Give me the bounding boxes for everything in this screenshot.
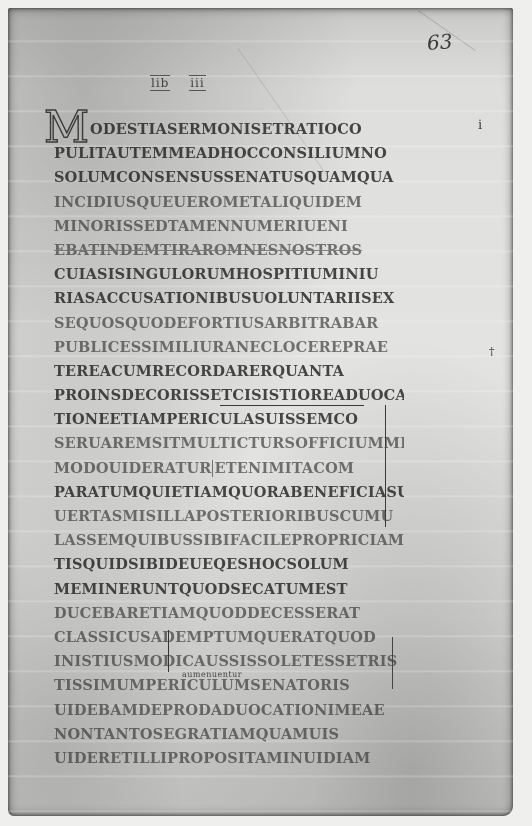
manuscript-scan: 63 lib iii M ODESTIASERMONISETRATIOCO PU… — [0, 0, 532, 826]
bracket-mark-top — [220, 405, 364, 406]
text-line: TIONEETIAMPERICULASUISSEMCO — [54, 410, 404, 434]
text-line: INCIDIUSQUEUEROMETALIQUIDEM — [54, 193, 404, 217]
margin-mark-dagger: † — [489, 345, 495, 358]
text-line: MEMINERUNTQUODSECATUMEST — [54, 580, 404, 604]
text-line: PULITAUTEMMEADHOCCONSILIUMNO — [54, 144, 404, 168]
folio-number: 63 — [426, 29, 453, 55]
text-line: RIASACCUSATIONIBUSUOLUNTARIISEX — [54, 289, 404, 313]
text-line: SEQUOSQUODEFORTIUSARBITRABAR — [54, 314, 404, 338]
bracket-mark-right — [385, 405, 386, 527]
text-segment: MODOUIDERATUR — [54, 460, 212, 477]
text-line-with-insertion: MODOUIDERATURETENIMITACOM — [54, 459, 404, 483]
running-head-number: iii — [189, 75, 206, 91]
inline-insertion: ETENIMITACOM — [212, 460, 355, 477]
text-line: NONTANTOSEGRATIAMQUAMUIS — [54, 725, 404, 749]
text-line: TISQUIDSIBIDEUEQESHOCSOLUM — [54, 555, 404, 579]
margin-mark-i: i — [478, 118, 482, 133]
text-line: UERTASMISILLAPOSTERIORIBUSCUMU — [54, 507, 404, 531]
running-head: lib iii — [150, 76, 220, 90]
text-line: CUIASISINGULORUMHOSPITIUMINIU — [54, 265, 404, 289]
text-line: UIDERETILLIPROPOSITAMINUIDIAM — [54, 749, 404, 773]
bracket-mark-bottom-right — [392, 637, 393, 689]
text-line: PUBLICESSIMILIURANECLOCEREPRAE — [54, 338, 404, 362]
marginal-note: aumenuentur — [182, 670, 242, 679]
text-line: DUCEBARETIAMQUODDECESSERAT — [54, 604, 404, 628]
text-line: ODESTIASERMONISETRATIOCO — [54, 120, 404, 144]
text-line: TISSIMUMPERICULUMSENATORIS — [54, 676, 404, 700]
text-line: MINORISSEDTAMENNUMERIUENI — [54, 217, 404, 241]
text-line: UIDEBAMDEPRODADUOCATIONIMEAE — [54, 701, 404, 725]
text-line: LASSEMQUIBUSSIBIFACILEPROPRICIAM — [54, 531, 404, 555]
text-line: PROINSDECORISSETCISISTIOREADUOCA — [54, 386, 404, 410]
text-line-struck: EBATINDEMTIRAROMNESNOSTROS — [54, 241, 404, 265]
running-head-book: lib — [150, 75, 170, 91]
text-line: CLASSICUSADEMPTUMQUERATQUOD — [54, 628, 404, 652]
text-line: SERUAREMSITMULTICTURSOFFICIUMMERITU — [54, 434, 404, 458]
text-line: PARATUMQUIETIAMQUORABENEFICIASUB — [54, 483, 404, 507]
text-line: SOLUMCONSENSUSSENATUSQUAMQUA — [54, 168, 404, 192]
text-line: TEREACUMRECORDARERQUANTA — [54, 362, 404, 386]
bracket-mark-bottom-left — [168, 630, 169, 672]
